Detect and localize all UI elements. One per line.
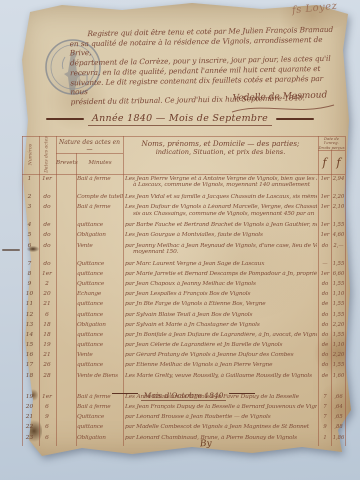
fee-amount-cell: 1,60 [332, 373, 345, 379]
fee-date-cell: 1er [319, 194, 331, 200]
table-row: 21 9 Quittance par Léonard Brousse à Jea… [22, 414, 345, 424]
act-type-cell: Quittance [77, 281, 123, 287]
date-cell: 2 [39, 281, 55, 287]
table-row: 5 do Obligation Les Jean Gourgue à Montv… [22, 232, 345, 242]
fee-amount-cell: 2,94 [332, 176, 345, 182]
fee-amount-cell: 6,60 [332, 271, 345, 277]
table-row: 13 18 Obligation par Sylvain et Marie à … [22, 322, 345, 332]
fee-date-cell: 1 [319, 435, 331, 441]
act-type-cell: quittance [77, 312, 123, 318]
scanned-document: fs Loyez Registre qui doit être tenu et … [0, 0, 360, 480]
table-row: 20 6 Bail à ferme Les Jean François Dupu… [22, 404, 345, 414]
act-type-cell: quittance [77, 271, 123, 277]
row-number-cell: 15 [22, 342, 37, 348]
fee-date-cell: do [319, 332, 331, 338]
column-header-minutes: Minutes [78, 160, 122, 166]
table-row: 8 1er quittance par Marie Jarretie et Be… [22, 271, 345, 281]
date-cell: do [39, 243, 55, 249]
date-cell: do [39, 204, 55, 210]
date-cell: 1er [39, 176, 55, 182]
fee-date-cell: de [319, 301, 331, 307]
fee-date-cell: de [319, 342, 331, 348]
parties-text-cell: Les Jean Vidal et sa famille à Jacques C… [125, 194, 317, 200]
parties-text-cell: par Marie Jarretie et Bernard Descamps d… [125, 271, 317, 277]
date-cell: 21 [39, 352, 55, 358]
fee-amount-cell: 1,55 [332, 312, 345, 318]
table-row: 15 19 quittance par Jean Célerie de Lagr… [22, 342, 345, 352]
act-type-cell: Echange [77, 291, 123, 297]
date-cell: de [39, 222, 55, 228]
parties-text-cell: par Gérard Pratany de Vignols à Jeanne D… [125, 352, 317, 358]
fee-amount-cell: 1,55 [332, 332, 345, 338]
date-cell: 6 [39, 435, 55, 441]
fee-date-cell: do [319, 281, 331, 287]
fee-amount-cell: 1,10 [332, 291, 345, 297]
fee-amount-cell: ,64 [332, 404, 345, 410]
parties-text-cell: par Jean Lespalles à François Bos de Vig… [125, 291, 317, 297]
table-row: 12 6 quittance par Sylvain Blaise Teuil … [22, 312, 345, 322]
fee-date-cell: 7 [319, 394, 331, 400]
fee-amount-cell: 1,55 [332, 222, 345, 228]
date-cell: 18 [39, 322, 55, 328]
parties-text-cell: Les Anne Chassain de Vignols à Jn Favre … [125, 394, 317, 400]
row-number-cell: 7 [22, 261, 37, 267]
row-number-cell: 12 [22, 312, 37, 318]
act-type-cell: Obligation [77, 232, 123, 238]
act-type-cell: Quittance [77, 414, 123, 420]
row-number-cell: 21 [22, 414, 37, 420]
row-number-cell: 3 [22, 204, 37, 210]
parties-text-cell: par Léonard Chambinaud, Brune, à Pierre … [125, 435, 317, 441]
column-header-dates: Dates des actes [45, 132, 50, 178]
fee-amount-cell: 1,55 [332, 362, 345, 368]
fee-date-cell: 9 [319, 424, 331, 430]
table-row: 3 do Bail à ferme Les Jean Dufour de Vig… [22, 204, 345, 222]
rule-right [276, 118, 314, 120]
row-number-cell: 19 [22, 394, 37, 400]
act-type-cell: Compte de tutelle [77, 194, 123, 200]
parties-text-cell: Les Jean Gourgue à Montvialles, faute de… [125, 232, 317, 238]
rule-left [46, 118, 84, 120]
parties-text-cell: par Sylvain et Marie à Jn Chastagner de … [125, 322, 317, 328]
date-cell: 20 [39, 291, 55, 297]
fee-amount-cell: ,65 [332, 414, 345, 420]
fee-date-cell: do [319, 362, 331, 368]
date-cell: 6 [39, 424, 55, 430]
parties-text-cell: par Jn Bonifale à Jean Dufaure de Lagran… [125, 332, 317, 338]
parties-text-cell: par Marc Laurent Vergne à Jean Sage de L… [125, 261, 317, 267]
fee-date-cell: do [319, 243, 331, 249]
fee-amount-cell: 1,55 [332, 261, 345, 267]
table-row: 10 20 Echange par Jean Lespalles à Franç… [22, 291, 345, 301]
table-row: 7 do Quittance par Marc Laurent Vergne à… [22, 261, 345, 271]
date-cell: 18 [39, 332, 55, 338]
act-type-cell: Bail à ferme [77, 204, 123, 210]
table-row: 4 de quittance par Barbe Fauche et Bertr… [22, 222, 345, 232]
act-type-cell: quittance [77, 301, 123, 307]
page-paraph: By [200, 440, 212, 450]
francs-symbol: f [332, 157, 345, 169]
date-cell: do [39, 261, 55, 267]
act-type-cell: quittance [77, 362, 123, 368]
fee-date-cell: — [319, 261, 331, 267]
parties-text-cell: par Sylvain Blaise Teuil à Jean Bos de V… [125, 312, 317, 318]
row-number-cell: 5 [22, 232, 37, 238]
fee-amount-cell: ,88 [332, 424, 345, 430]
date-cell: 21 [39, 301, 55, 307]
parties-text-cell: Les Jean Dufour de Vignols à Léonard Mar… [125, 204, 317, 217]
act-type-cell: Obligation [77, 435, 123, 441]
row-number-cell: 16 [22, 352, 37, 358]
row-number-cell: 20 [22, 404, 37, 410]
fee-date-cell: 7 [319, 404, 331, 410]
date-cell: 9 [39, 414, 55, 420]
fee-date-cell: do [319, 291, 331, 297]
table-row: 11 21 quittance par Jn Bte Farge de Vign… [22, 301, 345, 311]
parties-text-cell: par Madelle Combescot de Vignols à Jean … [125, 424, 317, 430]
date-cell: 1er [39, 394, 55, 400]
act-type-cell: Vente [77, 243, 123, 249]
fee-amount-cell: 2,20 [332, 352, 345, 358]
fee-date-cell: 1er [319, 204, 331, 210]
date-cell: do [39, 232, 55, 238]
ink-blot [27, 246, 39, 252]
parties-text-cell: Les Marie Grelty, veuve Roussilly, à Gui… [125, 373, 317, 379]
fee-amount-cell: 1,10 [332, 342, 345, 348]
table-row: 14 18 quittance par Jn Bonifale à Jean D… [22, 332, 345, 342]
row-number-cell: 10 [22, 291, 37, 297]
parties-text-cell: Les Jean François Dupuy de la Besselle à… [125, 404, 317, 410]
parties-text-cell: par Etienne Meilhac de Vignols à Jean Pi… [125, 362, 317, 368]
margin-mark [2, 249, 20, 251]
act-type-cell: Vente de Biens [77, 373, 123, 379]
row-number-cell: 9 [22, 281, 37, 287]
act-type-cell: Quittance [77, 261, 123, 267]
date-cell: 28 [39, 373, 55, 379]
fee-amount-cell: 2,— [332, 243, 345, 249]
register-rows: 1 1er Bail à ferme Les Jean Pierre Vergn… [22, 176, 345, 445]
fee-date-cell: do [319, 312, 331, 318]
fee-amount-cell: 4,60 [332, 232, 345, 238]
table-row: 23 6 Obligation par Léonard Chambinaud, … [22, 435, 345, 445]
table-rule [56, 153, 123, 154]
parties-text-cell: par Jn Bte Farge de Vignols à Etienne Bo… [125, 301, 317, 307]
act-type-cell: quittance [77, 332, 123, 338]
row-number-cell: 18 [22, 373, 37, 379]
section-heading: Année 1840 — Mois de Septembre [0, 113, 360, 126]
date-cell: 6 [39, 312, 55, 318]
table-row: 22 6 quittance par Madelle Combescot de … [22, 424, 345, 434]
act-type-cell: Obligation [77, 322, 123, 328]
month-divider: Mois d'Octobre 1840 [22, 383, 345, 394]
fee-date-cell: do [319, 352, 331, 358]
column-header-brevets: Brevets [56, 160, 76, 166]
francs-symbol: f [318, 157, 331, 169]
fee-amount-cell: 1,86 [332, 435, 345, 441]
column-header-fees: Date de l'enreg. Droits perçus [318, 137, 345, 150]
row-number-cell: 14 [22, 332, 37, 338]
date-cell: 19 [39, 342, 55, 348]
table-rule [345, 136, 346, 446]
row-number-cell: 2 [22, 194, 37, 200]
act-type-cell: Bail à ferme [77, 394, 123, 400]
act-type-cell: quittance [77, 222, 123, 228]
column-header-numbers: Numéros [29, 132, 34, 178]
fee-amount-cell: 2,20 [332, 322, 345, 328]
row-number-cell: 23 [22, 435, 37, 441]
row-number-cell: 4 [22, 222, 37, 228]
fee-amount-cell: 2,20 [332, 194, 345, 200]
parties-text-cell: Les Jean Pierre Vergne et à Antoine Verg… [125, 176, 317, 189]
act-type-cell: Bail à ferme [77, 404, 123, 410]
fee-amount-cell: 1,55 [332, 281, 345, 287]
act-type-cell: quittance [77, 424, 123, 430]
act-type-cell: Bail à ferme [77, 176, 123, 182]
table-row: 1 1er Bail à ferme Les Jean Pierre Vergn… [22, 176, 345, 194]
parties-text-cell: par Jeanny Meilhac à Jean Reynaud de Vig… [125, 243, 317, 256]
fee-amount-cell: 2,10 [332, 204, 345, 210]
table-rule [22, 174, 345, 175]
table-row: 17 26 quittance par Etienne Meilhac de V… [22, 362, 345, 372]
row-number-cell: 17 [22, 362, 37, 368]
table-row: 19 1er Bail à ferme Les Anne Chassain de… [22, 394, 345, 404]
fee-amount-cell: 1,55 [332, 301, 345, 307]
table-rule [22, 136, 345, 137]
date-cell: 1er [39, 271, 55, 277]
fee-date-cell: 1er [319, 232, 331, 238]
parties-text-cell: par Jean Célerie de Lagrandière et Jn Ba… [125, 342, 317, 348]
row-number-cell: 13 [22, 322, 37, 328]
act-type-cell: quittance [77, 342, 123, 348]
fee-date-cell: 7 [319, 414, 331, 420]
parties-text-cell: par Jean Chapoux à Jeanny Meilhac de Vig… [125, 281, 317, 287]
column-header-nature: Nature des actes en — [57, 139, 122, 153]
fee-date-cell: 1er [319, 176, 331, 182]
row-number-cell: 11 [22, 301, 37, 307]
date-cell: 26 [39, 362, 55, 368]
parties-text-cell: par Léonard Brousse à Jean Roubertie — d… [125, 414, 317, 420]
fee-date-cell: 1er [319, 271, 331, 277]
table-row: 2 do Compte de tutelle Les Jean Vidal et… [22, 194, 345, 204]
fee-amount-cell: ,66 [332, 394, 345, 400]
fee-date-cell: de [319, 373, 331, 379]
parties-text-cell: par Barbe Fauche et Bertrand Brachet de … [125, 222, 317, 228]
act-type-cell: Vente [77, 352, 123, 358]
table-row: 6 do Vente par Jeanny Meilhac à Jean Rey… [22, 243, 345, 261]
row-number-cell: 8 [22, 271, 37, 277]
row-number-cell: 22 [22, 424, 37, 430]
column-header-parties: Noms, prénoms, et Domicile — des parties… [124, 139, 317, 157]
fee-date-cell: do [319, 322, 331, 328]
table-row: 9 2 Quittance par Jean Chapoux à Jeanny … [22, 281, 345, 291]
table-row: 18 28 Vente de Biens Les Marie Grelty, v… [22, 373, 345, 383]
table-row: 16 21 Vente par Gérard Pratany de Vignol… [22, 352, 345, 362]
date-cell: do [39, 194, 55, 200]
fee-date-cell: 1er [319, 222, 331, 228]
row-number-cell: 1 [22, 176, 37, 182]
date-cell: 6 [39, 404, 55, 410]
